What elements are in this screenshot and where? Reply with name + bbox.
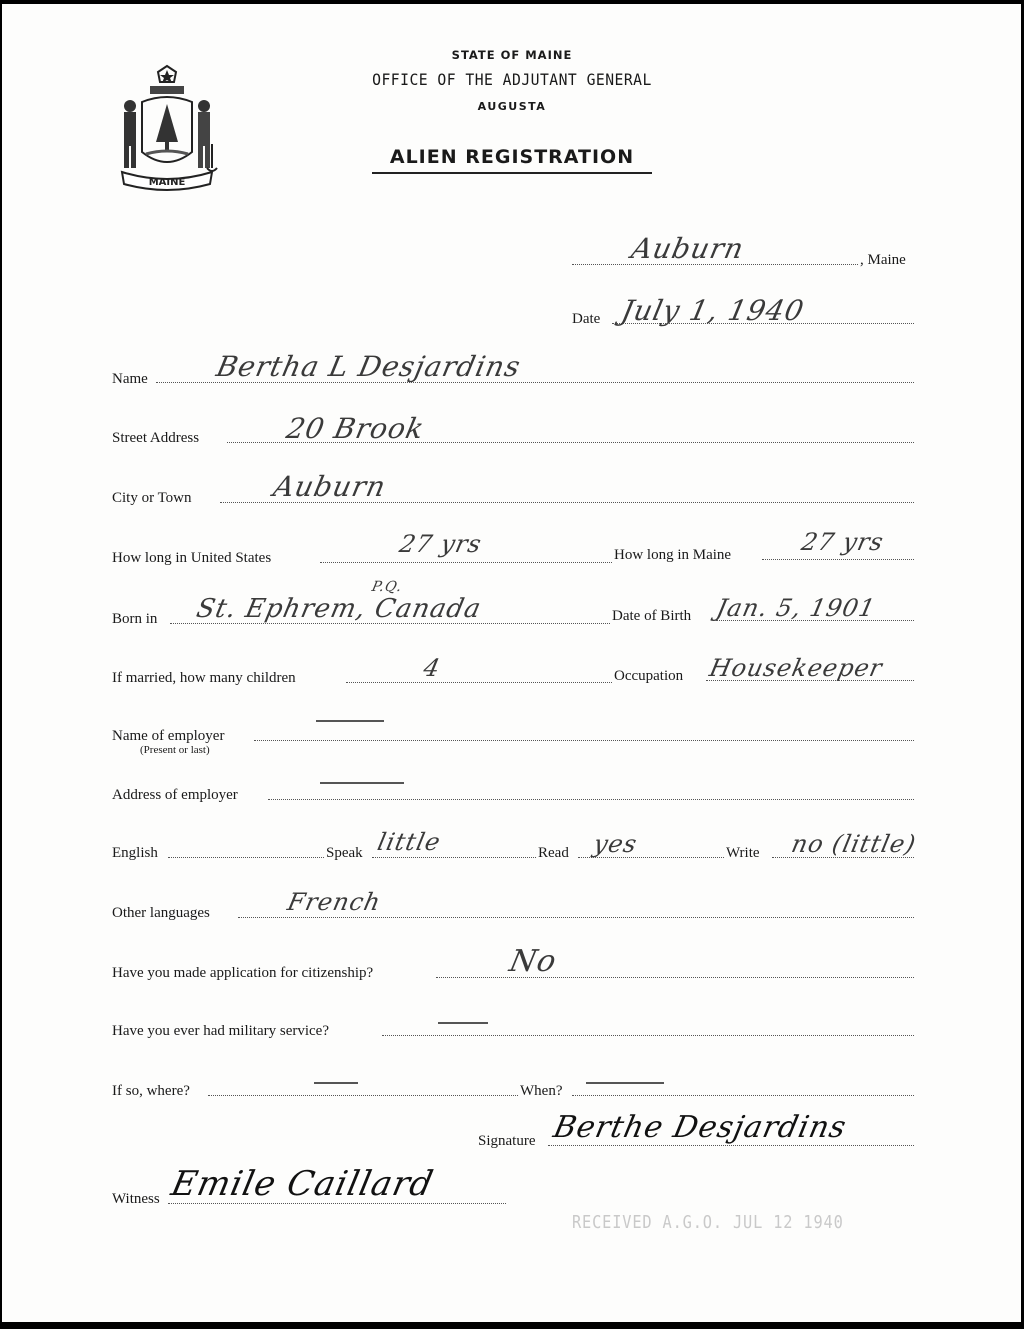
military-line <box>382 1035 914 1036</box>
registration-form-page: MAINE STATE OF MAINE OFFICE OF THE ADJUT… <box>2 4 1021 1322</box>
how-long-us-value[interactable]: 27 yrs <box>397 530 484 558</box>
signature-label: Signature <box>478 1132 536 1150</box>
born-in-annotation: P.Q. <box>370 579 404 595</box>
form-title: ALIEN REGISTRATION <box>162 146 862 168</box>
english-line <box>168 857 324 858</box>
dob-label: Date of Birth <box>612 607 691 625</box>
when-label: When? <box>520 1082 562 1100</box>
employer-name-label: Name of employer <box>112 727 224 745</box>
citizenship-value[interactable]: No <box>506 944 560 979</box>
speak-label: Speak <box>326 844 363 862</box>
witness-label: Witness <box>112 1190 160 1208</box>
employer-name-sublabel: (Present or last) <box>140 744 210 756</box>
street-value[interactable]: 20 Brook <box>283 412 427 445</box>
read-value[interactable]: yes <box>591 830 640 858</box>
employer-address-label: Address of employer <box>112 786 238 804</box>
where-value-dash[interactable] <box>314 1082 358 1084</box>
born-in-value[interactable]: St. Ephrem, Canada <box>194 594 484 624</box>
other-languages-value[interactable]: French <box>285 888 384 916</box>
write-label: Write <box>726 844 760 862</box>
english-label: English <box>112 844 158 862</box>
born-in-label: Born in <box>112 610 157 628</box>
header-state: STATE OF MAINE <box>162 48 862 62</box>
how-long-maine-label: How long in Maine <box>614 546 731 564</box>
military-label: Have you ever had military service? <box>112 1022 329 1040</box>
how-long-maine-line <box>762 559 914 560</box>
occupation-label: Occupation <box>614 667 683 685</box>
military-value-dash[interactable] <box>438 1022 488 1024</box>
signature-line <box>548 1145 914 1146</box>
street-label: Street Address <box>112 429 199 447</box>
city-label: City or Town <box>112 489 192 507</box>
witness-value[interactable]: Emile Caillard <box>168 1164 437 1204</box>
signature-value[interactable]: Berthe Desjardins <box>550 1110 850 1145</box>
how-long-us-line <box>320 562 612 563</box>
received-stamp: RECEIVED A.G.O. JUL 12 1940 <box>572 1212 844 1233</box>
employer-address-value-dash[interactable] <box>320 782 404 784</box>
name-label: Name <box>112 370 148 388</box>
employer-name-value-dash[interactable] <box>316 720 384 722</box>
when-line <box>572 1095 914 1096</box>
city-value[interactable]: Auburn <box>270 470 389 503</box>
svg-text:MAINE: MAINE <box>149 177 186 188</box>
speak-line <box>372 857 536 858</box>
header-office: OFFICE OF THE ADJUTANT GENERAL <box>190 70 834 89</box>
children-label: If married, how many children <box>112 669 296 687</box>
citizenship-label: Have you made application for citizenshi… <box>112 964 373 982</box>
where-label: If so, where? <box>112 1082 190 1100</box>
speak-value[interactable]: little <box>375 828 443 856</box>
other-languages-label: Other languages <box>112 904 210 922</box>
children-line <box>346 682 612 683</box>
title-underline <box>372 172 652 174</box>
other-languages-line <box>238 917 914 918</box>
date-label: Date <box>572 310 600 328</box>
where-line <box>208 1095 518 1096</box>
employer-address-line <box>268 799 914 800</box>
when-value-dash[interactable] <box>586 1082 664 1084</box>
employer-name-line <box>254 740 914 741</box>
dob-value[interactable]: Jan. 5, 1901 <box>714 594 878 622</box>
occupation-value[interactable]: Housekeeper <box>707 654 885 682</box>
how-long-us-label: How long in United States <box>112 549 271 567</box>
date-value[interactable]: July 1, 1940 <box>618 294 807 327</box>
place-suffix: , Maine <box>860 251 906 269</box>
read-label: Read <box>538 844 569 862</box>
place-value[interactable]: Auburn <box>628 232 747 265</box>
name-value[interactable]: Bertha L Desjardins <box>213 350 523 383</box>
children-value[interactable]: 4 <box>421 654 443 682</box>
write-value[interactable]: no (little) <box>789 830 919 858</box>
how-long-maine-value[interactable]: 27 yrs <box>799 528 886 556</box>
header-city: AUGUSTA <box>162 100 862 113</box>
